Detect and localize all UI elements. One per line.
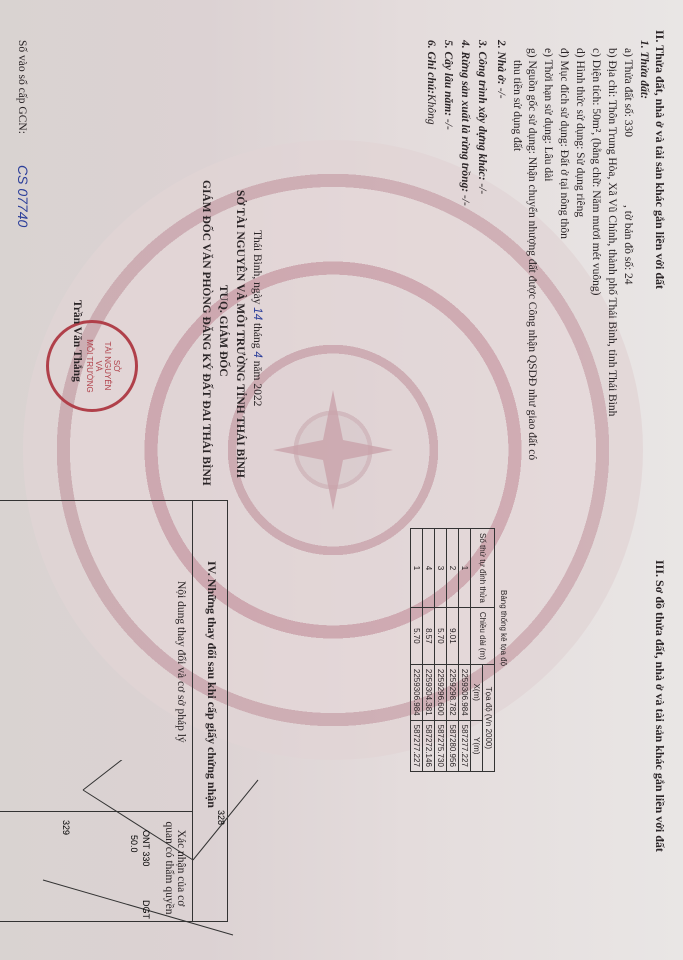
official-stamp: SỞ TÀI NGUYÊN VÀ MÔI TRƯỜNG <box>46 320 138 412</box>
map-sheet: , tờ bản đồ số: 24 <box>622 205 634 285</box>
table-row: 12259306.984587277.227 <box>459 529 471 772</box>
forest-label: 4. Rừng sản xuất là rừng trồng: -/- <box>459 40 471 206</box>
sign-date: Thái Bình, ngày 14 tháng 4 năm 2022 <box>251 230 263 406</box>
area: c) Diện tích: 50m², (bằng chữ: Năm mươi … <box>590 48 602 295</box>
purpose: đ) Mục đích sử dụng: Đất ở tại nông thôn <box>558 48 570 239</box>
origin: g) Nguồn gốc sử dụng: Nhận chuyển nhượng… <box>526 48 538 460</box>
table-row: 29.012259298.782587280.956 <box>447 529 459 772</box>
coordinate-table: Số thứ tự đỉnh thửaChiều dài (m)Tọa độ (… <box>410 528 495 772</box>
perennial-label: 5. Cây lâu năm: -/- <box>442 40 454 130</box>
sign-tuq: TUQ. GIÁM ĐỐC <box>217 285 229 377</box>
sign-org: SỞ TÀI NGUYÊN VÀ MÔI TRƯỜNG TỈNH THÁI BÌ… <box>234 190 246 478</box>
registry-value: CS 07740 <box>15 165 31 227</box>
section2-title: II. Thửa đất, nhà ở và tài sản khác gắn … <box>652 30 667 289</box>
drum-star-icon <box>273 390 393 510</box>
sign-office: GIÁM ĐỐC VĂN PHÒNG ĐĂNG KÝ ĐẤT ĐAI THÁI … <box>200 180 212 486</box>
land-heading: 1. Thửa đất: <box>638 40 650 99</box>
term: e) Thời hạn sử dụng: Lâu dài <box>542 48 554 181</box>
registry-label: Số vào sổ cấp GCN: <box>16 40 28 134</box>
parcel-number: a) Thửa đất số: 330 <box>622 48 634 137</box>
land-certificate-page: II. Thửa đất, nhà ở và tài sản khác gắn … <box>0 0 683 960</box>
origin-cont: thu tiền sử dụng đất <box>511 60 523 151</box>
table-row: 35.702259296.600587275.730 <box>435 529 447 772</box>
coord-table-caption: Bảng thống kê tọa độ <box>499 590 508 666</box>
changes-table: IV. Những thay đổi sau khi cấp giấy chứn… <box>0 500 228 922</box>
other-works-label: 3. Công trình xây dựng khác: -/- <box>476 40 488 194</box>
house-label: 2. Nhà ở: -/- <box>495 40 507 99</box>
changes-col2: Xác nhận của cơ quan có thẩm quyền <box>163 818 187 918</box>
notes-label: 6. Ghi chú:Không <box>425 40 437 125</box>
table-row: 15.702259306.984587277.227 <box>411 529 423 772</box>
use-form: d) Hình thức sử dụng: Sử dụng riêng <box>574 48 586 217</box>
address: b) Địa chỉ: Thôn Trung Hòa, Xã Vũ Chính,… <box>606 48 618 416</box>
section3-title: III. Sơ đồ thửa đất, nhà ở và tài sản kh… <box>652 560 667 852</box>
table-row: 48.572259304.381587272.146 <box>423 529 435 772</box>
signer-name: Trần Văn Thắng <box>71 300 83 382</box>
changes-col1: Nội dung thay đổi và cơ sở pháp lý <box>175 581 187 743</box>
